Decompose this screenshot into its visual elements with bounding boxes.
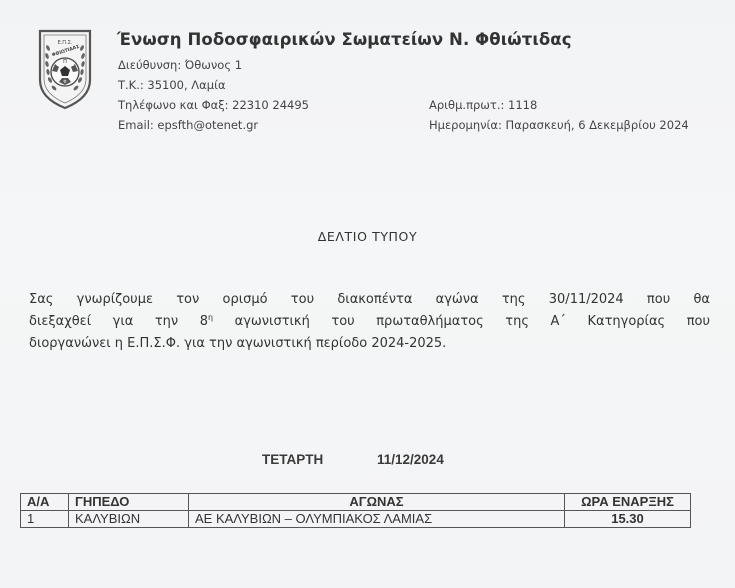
federation-crest-icon: Ε.Π.Σ. ΦΘΙΩΤΙΔΑΣ Ε Π Σ Φ (37, 28, 93, 110)
email[interactable]: Email: epsfth@otenet.gr (118, 118, 258, 132)
match-date: 11/12/2024 (377, 452, 444, 467)
svg-text:Ε: Ε (56, 62, 59, 68)
table-header-row: Α/Α ΓΗΠΕΔΟ ΑΓΩΝΑΣ ΩΡΑ ΕΝΑΡΞΗΣ (21, 494, 691, 511)
phone-fax: Τηλέφωνο και Φαξ: 22310 24495 (118, 98, 309, 112)
organization-name: Ένωση Ποδοσφαιρικών Σωματείων Ν. Φθιώτιδ… (117, 30, 572, 49)
address: Διεύθυνση: Όθωνος 1 (118, 58, 242, 72)
announcement-paragraph: Σας γνωρίζουμε τον ορισμό του διακοπέντα… (29, 289, 710, 355)
svg-text:Φ: Φ (63, 79, 66, 84)
paragraph-text: αγωνιστική του πρωταθλήματος της Α΄ Κατη… (213, 314, 710, 329)
match-schedule-table: Α/Α ΓΗΠΕΔΟ ΑΓΩΝΑΣ ΩΡΑ ΕΝΑΡΞΗΣ 1 ΚΑΛΥΒΙΩΝ… (20, 493, 691, 528)
document-date: Ημερομηνία: Παρασκευή, 6 Δεκεμβρίου 2024 (429, 118, 689, 132)
paragraph-line: διεξαχθεί για την 8η αγωνιστική του πρωτ… (29, 311, 710, 333)
paragraph-text: διεξαχθεί για την 8 (29, 314, 208, 329)
column-header-venue: ΓΗΠΕΔΟ (69, 494, 189, 511)
table-row: 1 ΚΑΛΥΒΙΩΝ ΑΕ ΚΑΛΥΒΙΩΝ – ΟΛΥΜΠΙΑΚΟΣ ΛΑΜΙ… (21, 511, 691, 528)
cell-number: 1 (21, 511, 69, 528)
svg-text:Ε.Π.Σ.: Ε.Π.Σ. (58, 40, 73, 46)
protocol-number: Αριθμ.πρωτ.: 1118 (429, 98, 537, 112)
cell-start-time: 15.30 (565, 511, 691, 528)
paragraph-line: Σας γνωρίζουμε τον ορισμό του διακοπέντα… (29, 289, 710, 311)
svg-text:Σ: Σ (71, 62, 74, 68)
cell-match: ΑΕ ΚΑΛΥΒΙΩΝ – ΟΛΥΜΠΙΑΚΟΣ ΛΑΜΙΑΣ (189, 511, 565, 528)
column-header-number: Α/Α (21, 494, 69, 511)
cell-venue: ΚΑΛΥΒΙΩΝ (69, 511, 189, 528)
svg-text:Π: Π (63, 59, 67, 65)
paragraph-line: διοργανώνει η Ε.Π.Σ.Φ. για την αγωνιστικ… (29, 333, 710, 355)
match-weekday: ΤΕΤΑΡΤΗ (262, 452, 323, 467)
press-release-title: ΔΕΛΤΙΟ ΤΥΠΟΥ (0, 229, 735, 244)
column-header-match: ΑΓΩΝΑΣ (189, 494, 565, 511)
column-header-start-time: ΩΡΑ ΕΝΑΡΞΗΣ (565, 494, 691, 511)
postal-code: Τ.Κ.: 35100, Λαμία (118, 78, 226, 92)
